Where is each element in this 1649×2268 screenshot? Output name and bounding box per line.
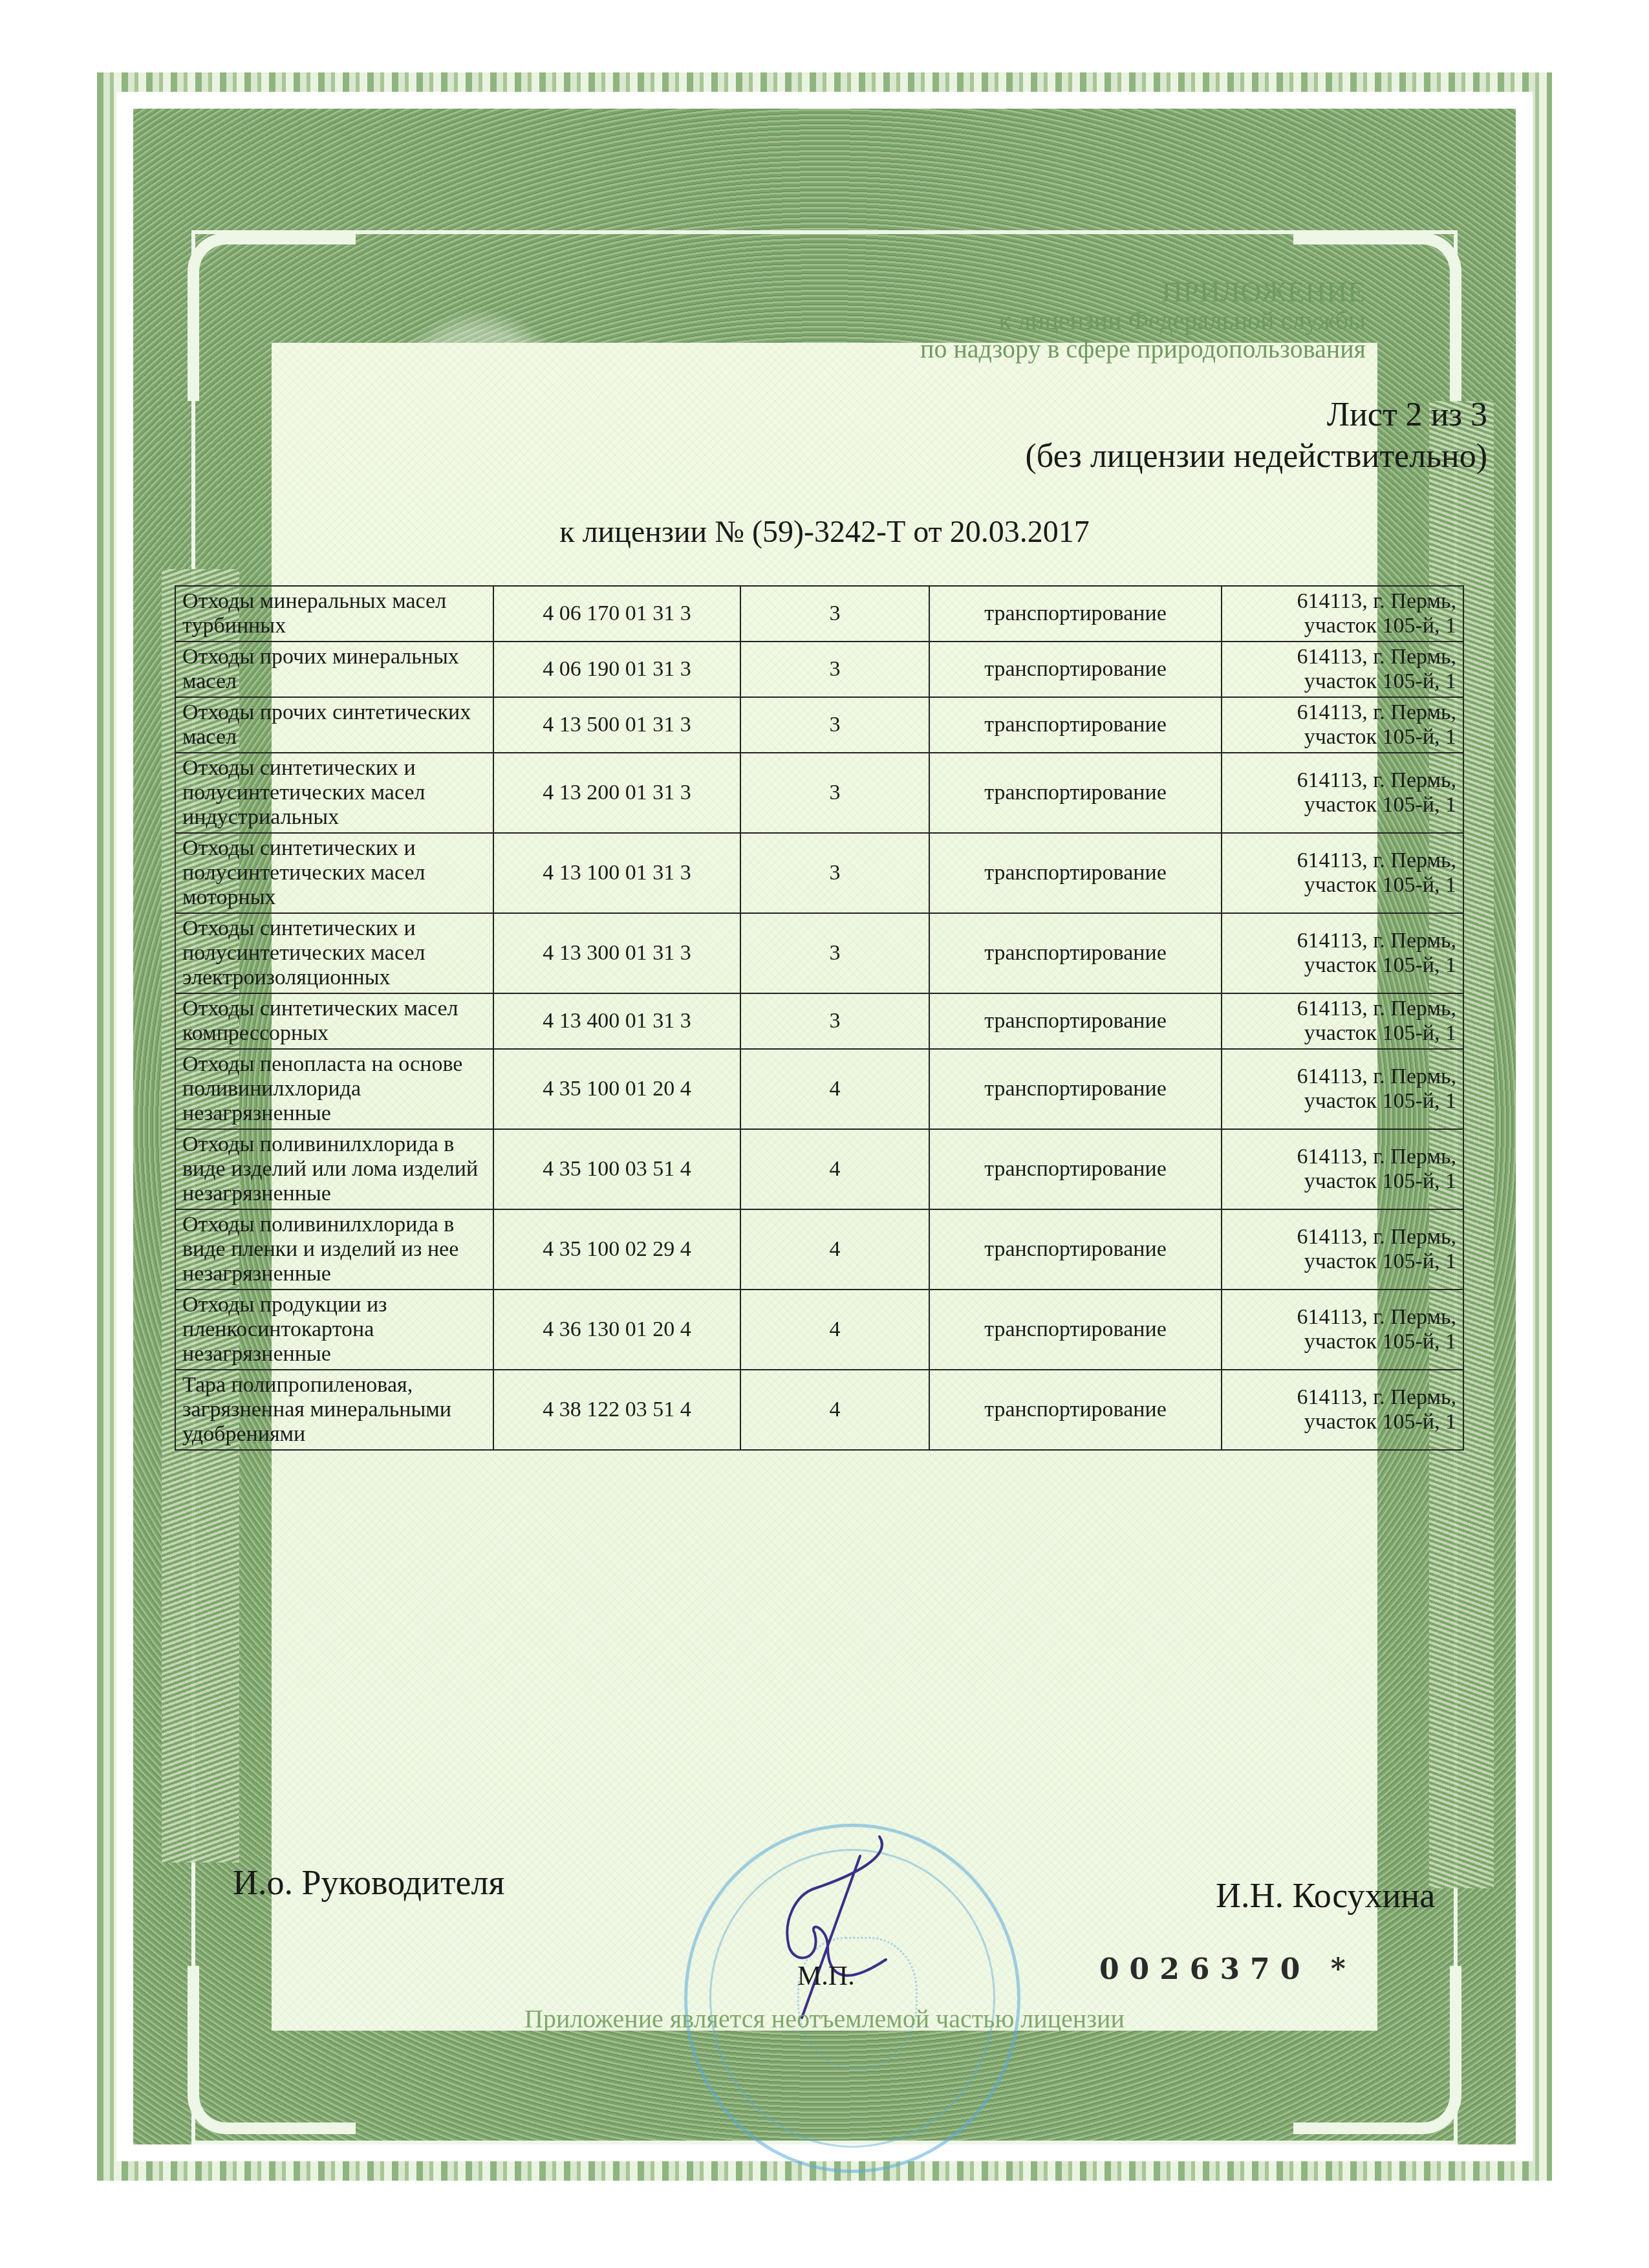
address-line1: 614113, г. Пермь, xyxy=(1229,768,1456,793)
waste-table: Отходы минеральных масел турбинных4 06 1… xyxy=(175,585,1464,1451)
address-line2: участок 105-й, 1 xyxy=(1229,725,1456,750)
address-line1: 614113, г. Пермь, xyxy=(1229,1225,1456,1249)
address-line2: участок 105-й, 1 xyxy=(1229,953,1456,978)
sheet-info: Лист 2 из 3 (без лицензии недействительн… xyxy=(1026,394,1487,477)
waste-name-cell: Отходы синтетических и полусинтетических… xyxy=(175,753,493,833)
corner-ornament-icon xyxy=(188,233,356,401)
activity-cell: транспортирование xyxy=(929,697,1222,753)
waste-name-cell: Отходы минеральных масел турбинных xyxy=(175,586,493,642)
address-line2: участок 105-й, 1 xyxy=(1229,1169,1456,1194)
hazard-class-cell: 4 xyxy=(740,1290,929,1370)
appendix-subtitle-line1: к лицензии Федеральной службы xyxy=(920,307,1366,335)
address-line1: 614113, г. Пермь, xyxy=(1229,700,1456,725)
address-line2: участок 105-й, 1 xyxy=(1229,1089,1456,1114)
footer-note: Приложение является неотъемлемой частью … xyxy=(0,2003,1649,2034)
table-row: Отходы пенопласта на основе поливинилхло… xyxy=(175,1049,1463,1129)
hazard-class-cell: 3 xyxy=(740,913,929,993)
table-row: Отходы синтетических и полусинтетических… xyxy=(175,753,1463,833)
hazard-class-cell: 3 xyxy=(740,642,929,697)
validity-note: (без лицензии недействительно) xyxy=(1026,436,1487,477)
activity-cell: транспортирование xyxy=(929,1129,1222,1209)
address-line1: 614113, г. Пермь, xyxy=(1229,1385,1456,1410)
address-cell: 614113, г. Пермь,участок 105-й, 1 xyxy=(1222,1129,1463,1209)
table-row: Отходы синтетических масел компрессорных… xyxy=(175,993,1463,1049)
hazard-class-cell: 4 xyxy=(740,1129,929,1209)
activity-cell: транспортирование xyxy=(929,1370,1222,1450)
address-line2: участок 105-й, 1 xyxy=(1229,1021,1456,1046)
address-line2: участок 105-й, 1 xyxy=(1229,1410,1456,1434)
address-cell: 614113, г. Пермь,участок 105-й, 1 xyxy=(1222,1370,1463,1450)
address-line1: 614113, г. Пермь, xyxy=(1229,645,1456,669)
table-row: Отходы поливинилхлорида в виде пленки и … xyxy=(175,1209,1463,1290)
signer-position: И.о. Руководителя xyxy=(233,1863,504,1903)
waste-name-cell: Отходы синтетических и полусинтетических… xyxy=(175,913,493,993)
address-cell: 614113, г. Пермь,участок 105-й, 1 xyxy=(1222,586,1463,642)
waste-name-cell: Отходы поливинилхлорида в виде пленки и … xyxy=(175,1209,493,1290)
activity-cell: транспортирование xyxy=(929,993,1222,1049)
address-line2: участок 105-й, 1 xyxy=(1229,873,1456,898)
address-cell: 614113, г. Пермь,участок 105-й, 1 xyxy=(1222,1290,1463,1370)
waste-name-cell: Отходы поливинилхлорида в виде изделий и… xyxy=(175,1129,493,1209)
seal-label: М.П. xyxy=(797,1961,855,1992)
address-line1: 614113, г. Пермь, xyxy=(1229,997,1456,1021)
waste-code-cell: 4 35 100 03 51 4 xyxy=(493,1129,740,1209)
hazard-class-cell: 3 xyxy=(740,753,929,833)
page-label: Лист 2 из 3 xyxy=(1026,394,1487,436)
waste-name-cell: Тара полипропиленовая, загрязненная мине… xyxy=(175,1370,493,1450)
hazard-class-cell: 4 xyxy=(740,1049,929,1129)
address-line1: 614113, г. Пермь, xyxy=(1229,1305,1456,1330)
waste-code-cell: 4 36 130 01 20 4 xyxy=(493,1290,740,1370)
serial-mark-icon: * xyxy=(1331,1953,1356,1986)
address-line1: 614113, г. Пермь, xyxy=(1229,589,1456,614)
address-line2: участок 105-й, 1 xyxy=(1229,1249,1456,1274)
signer-name: И.Н. Косухина xyxy=(1216,1875,1435,1916)
hazard-class-cell: 4 xyxy=(740,1370,929,1450)
serial-digits: 0026370 xyxy=(1099,1953,1310,1986)
address-cell: 614113, г. Пермь,участок 105-й, 1 xyxy=(1222,913,1463,993)
waste-name-cell: Отходы прочих минеральных масел xyxy=(175,642,493,697)
appendix-title: ПРИЛОЖЕНИЕ xyxy=(920,278,1366,307)
address-line2: участок 105-й, 1 xyxy=(1229,614,1456,638)
corner-ornament-icon xyxy=(1293,1966,1461,2134)
waste-code-cell: 4 38 122 03 51 4 xyxy=(493,1370,740,1450)
table-row: Отходы минеральных масел турбинных4 06 1… xyxy=(175,586,1463,642)
address-line1: 614113, г. Пермь, xyxy=(1229,848,1456,873)
serial-number: 0026370 * xyxy=(1099,1953,1356,1986)
hazard-class-cell: 4 xyxy=(740,1209,929,1290)
activity-cell: транспортирование xyxy=(929,1290,1222,1370)
hazard-class-cell: 3 xyxy=(740,697,929,753)
address-cell: 614113, г. Пермь,участок 105-й, 1 xyxy=(1222,993,1463,1049)
address-line1: 614113, г. Пермь, xyxy=(1229,929,1456,953)
waste-code-cell: 4 13 100 01 31 3 xyxy=(493,833,740,913)
waste-code-cell: 4 13 300 01 31 3 xyxy=(493,913,740,993)
license-reference: к лицензии № (59)-3242-Т от 20.03.2017 xyxy=(0,514,1649,550)
activity-cell: транспортирование xyxy=(929,753,1222,833)
table-row: Отходы синтетических и полусинтетических… xyxy=(175,913,1463,993)
waste-name-cell: Отходы пенопласта на основе поливинилхло… xyxy=(175,1049,493,1129)
waste-name-cell: Отходы прочих синтетических масел xyxy=(175,697,493,753)
appendix-subtitle-line2: по надзору в сфере природопользования xyxy=(920,335,1366,363)
activity-cell: транспортирование xyxy=(929,642,1222,697)
waste-name-cell: Отходы синтетических масел компрессорных xyxy=(175,993,493,1049)
waste-code-cell: 4 13 400 01 31 3 xyxy=(493,993,740,1049)
waste-code-cell: 4 06 170 01 31 3 xyxy=(493,586,740,642)
table-row: Тара полипропиленовая, загрязненная мине… xyxy=(175,1370,1463,1450)
hazard-class-cell: 3 xyxy=(740,833,929,913)
waste-code-cell: 4 35 100 02 29 4 xyxy=(493,1209,740,1290)
table-row: Отходы продукции из пленкосинтокартона н… xyxy=(175,1290,1463,1370)
hazard-class-cell: 3 xyxy=(740,993,929,1049)
waste-code-cell: 4 13 500 01 31 3 xyxy=(493,697,740,753)
hazard-class-cell: 3 xyxy=(740,586,929,642)
waste-name-cell: Отходы продукции из пленкосинтокартона н… xyxy=(175,1290,493,1370)
address-cell: 614113, г. Пермь,участок 105-й, 1 xyxy=(1222,833,1463,913)
address-cell: 614113, г. Пермь,участок 105-й, 1 xyxy=(1222,753,1463,833)
activity-cell: транспортирование xyxy=(929,1049,1222,1129)
address-line2: участок 105-й, 1 xyxy=(1229,793,1456,817)
table-row: Отходы синтетических и полусинтетических… xyxy=(175,833,1463,913)
activity-cell: транспортирование xyxy=(929,913,1222,993)
table-row: Отходы поливинилхлорида в виде изделий и… xyxy=(175,1129,1463,1209)
address-line2: участок 105-й, 1 xyxy=(1229,669,1456,694)
address-line1: 614113, г. Пермь, xyxy=(1229,1064,1456,1089)
address-cell: 614113, г. Пермь,участок 105-й, 1 xyxy=(1222,1209,1463,1290)
activity-cell: транспортирование xyxy=(929,586,1222,642)
waste-code-cell: 4 35 100 01 20 4 xyxy=(493,1049,740,1129)
activity-cell: транспортирование xyxy=(929,833,1222,913)
corner-ornament-icon xyxy=(188,1966,356,2134)
waste-name-cell: Отходы синтетических и полусинтетических… xyxy=(175,833,493,913)
address-line2: участок 105-й, 1 xyxy=(1229,1330,1456,1354)
address-cell: 614113, г. Пермь,участок 105-й, 1 xyxy=(1222,697,1463,753)
address-cell: 614113, г. Пермь,участок 105-й, 1 xyxy=(1222,642,1463,697)
activity-cell: транспортирование xyxy=(929,1209,1222,1290)
address-line1: 614113, г. Пермь, xyxy=(1229,1145,1456,1169)
table-row: Отходы прочих синтетических масел4 13 50… xyxy=(175,697,1463,753)
address-cell: 614113, г. Пермь,участок 105-й, 1 xyxy=(1222,1049,1463,1129)
waste-code-cell: 4 06 190 01 31 3 xyxy=(493,642,740,697)
waste-code-cell: 4 13 200 01 31 3 xyxy=(493,753,740,833)
table-row: Отходы прочих минеральных масел4 06 190 … xyxy=(175,642,1463,697)
signature-icon xyxy=(744,1830,938,2024)
appendix-header: ПРИЛОЖЕНИЕ к лицензии Федеральной службы… xyxy=(920,278,1366,363)
